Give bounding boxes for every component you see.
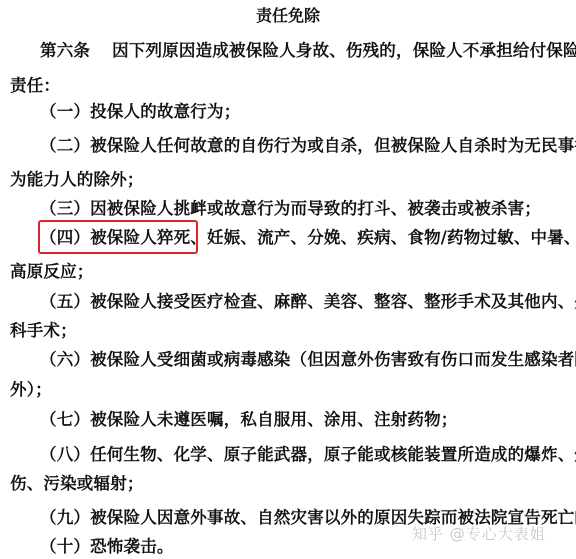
clause-10: （十）恐怖袭击。: [40, 537, 174, 557]
clause-6-line-1: （六）被保险人受细菌或病毒感染（但因意外伤害致有伤口而发生感染者除: [40, 350, 576, 370]
clause-6-line-2: 外）；: [10, 380, 52, 400]
clause-3: （三）因被保险人挑衅或故意行为而导致的打斗、被袭击或被杀害；: [40, 199, 541, 219]
clause-5-line-2: 科手术；: [10, 321, 77, 341]
clause-8-line-2: 伤、污染或辐射；: [10, 474, 144, 494]
article-intro-line-2: 责任：: [10, 76, 60, 96]
section-title: 责任免除: [0, 6, 576, 26]
article-label: 第六条: [40, 41, 90, 60]
clause-4-highlighted-text: （四）被保险人猝死、: [40, 228, 207, 247]
article-intro-text: 因下列原因造成被保险人身故、伤残的，保险人不承担给付保险金: [112, 41, 576, 60]
clause-4-rest-text: 妊娠、流产、分娩、疾病、食物/药物过敏、中暑、: [207, 228, 576, 247]
zhihu-watermark: 知乎 @专心大表姐: [412, 523, 546, 544]
clause-1: （一）投保人的故意行为；: [40, 102, 240, 122]
clause-8-line-1: （八）任何生物、化学、原子能武器，原子能或核能装置所造成的爆炸、灼: [40, 445, 576, 465]
clause-7: （七）被保险人未遵医嘱，私自服用、涂用、注射药物；: [40, 410, 458, 430]
clause-2-line-2: 为能力人的除外；: [10, 170, 144, 190]
article-intro-line-1: 第六条因下列原因造成被保险人身故、伤残的，保险人不承担给付保险金: [40, 41, 576, 61]
document-page: 责任免除 第六条因下列原因造成被保险人身故、伤残的，保险人不承担给付保险金 责任…: [0, 0, 576, 559]
clause-4-line-2: 高原反应；: [10, 262, 94, 282]
clause-2-line-1: （二）被保险人任何故意的自伤行为或自杀，但被保险人自杀时为无民事行: [40, 136, 576, 156]
clause-5-line-1: （五）被保险人接受医疗检查、麻醉、美容、整容、整形手术及其他内、外: [40, 292, 576, 312]
clause-4-line-1: （四）被保险人猝死、妊娠、流产、分娩、疾病、食物/药物过敏、中暑、: [40, 228, 576, 248]
